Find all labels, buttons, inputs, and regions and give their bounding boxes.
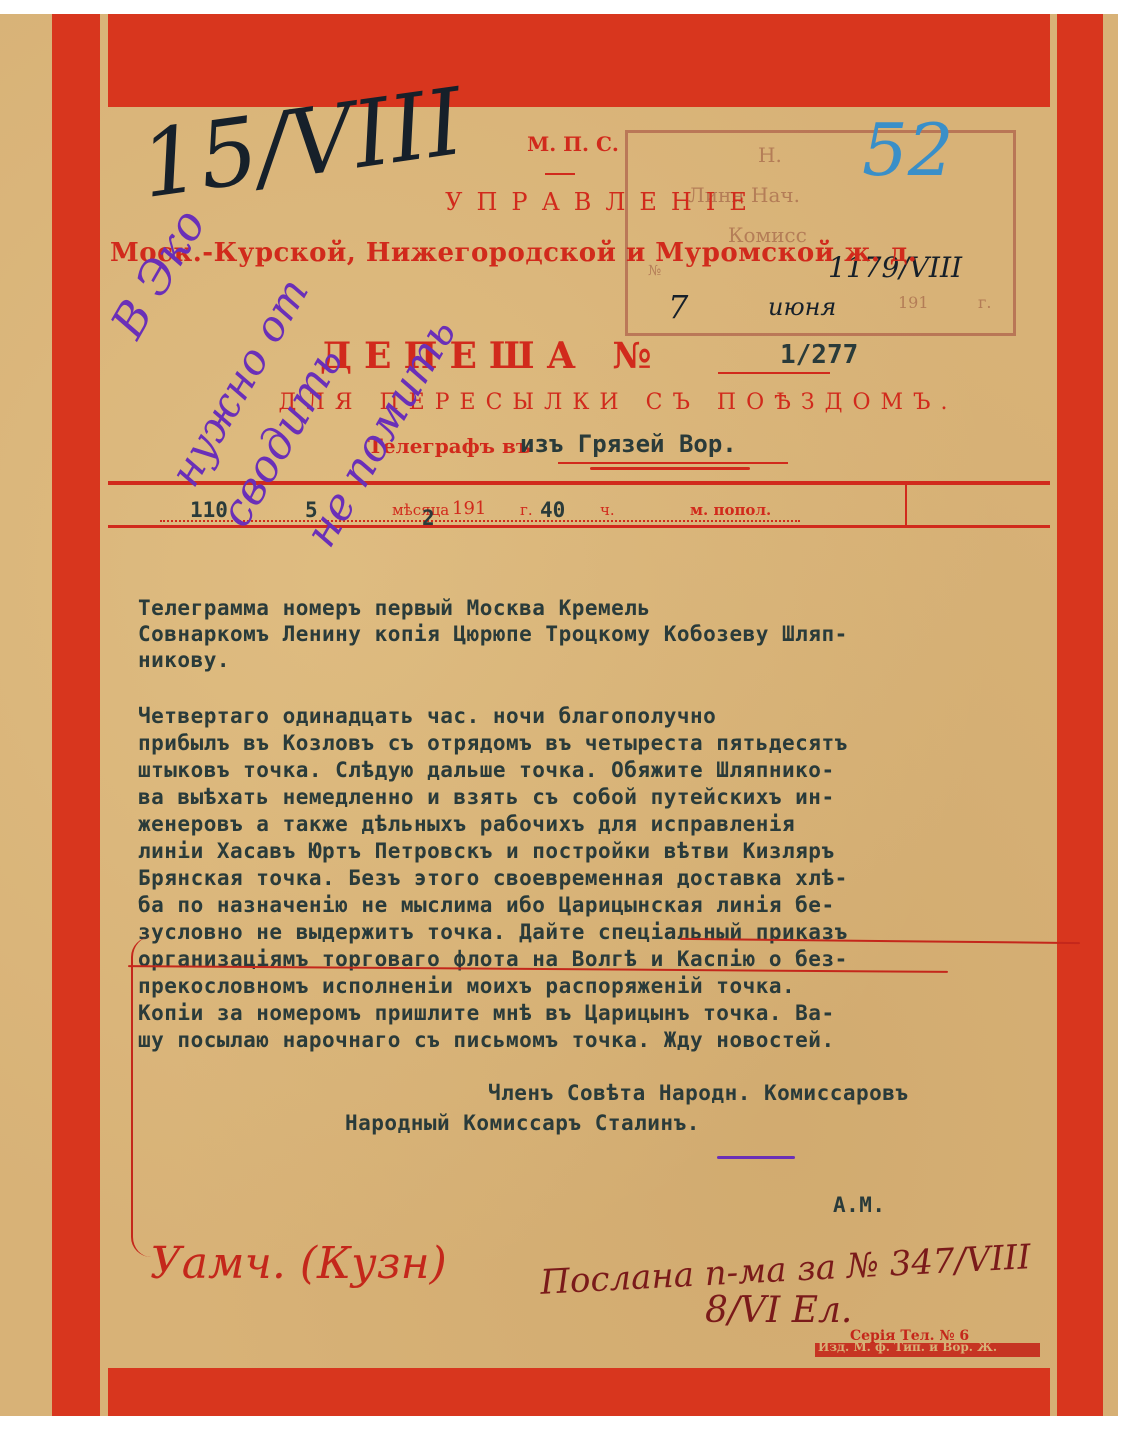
red-margin-bracket <box>131 937 153 1257</box>
body-line: шу посылаю нарочнаго съ письмомъ точка. … <box>138 1028 835 1052</box>
body-line: женеровъ а также дѣльныхъ рабочихъ для и… <box>138 812 795 836</box>
year-label: 191 <box>452 498 486 519</box>
body-line: линіи Хасавъ Юртъ Петровскъ и постройки … <box>138 839 835 863</box>
body-line: штыковъ точка. Слѣдую дальше точка. Обяж… <box>138 758 835 782</box>
printer-imprint: Изд. М. ф. Тип. и Вор. Ж. <box>818 1340 997 1354</box>
red-border-left <box>52 14 100 1416</box>
divider <box>590 467 750 470</box>
hour-label: ч. <box>600 501 615 519</box>
body-line: Копіи за номеромъ пришлите мнѣ въ Царицы… <box>138 1001 835 1025</box>
dispatch-date: 8/VI Ел. <box>705 1290 852 1331</box>
telegraph-station: изъ Грязей Вор. <box>520 430 737 458</box>
divider <box>545 173 575 175</box>
red-border-right <box>1057 14 1103 1416</box>
stamp-line: г. <box>978 293 991 312</box>
month-label: мѣсяца <box>392 501 449 519</box>
body-line: Брянская точка. Безъ этого своевременная… <box>138 866 848 890</box>
form-title: ДЕПЕША № <box>320 335 664 377</box>
divider <box>558 462 788 464</box>
body-line: Четвертаго одинадцать час. ночи благопол… <box>138 704 716 728</box>
body-line: ба по назначенію не мыслима ибо Царицынс… <box>138 893 835 917</box>
header-column-divider <box>905 483 907 527</box>
red-handwritten-note: Уамч. (Кузн) <box>150 1238 447 1289</box>
receipt-stamp: Н. Линн Нач. Комисс № 191 г. 1179/VIII и… <box>625 130 1016 336</box>
body-line: Совнаркомъ Ленину копія Цюрюпе Троцкому … <box>138 622 848 646</box>
month: 2 <box>422 506 435 530</box>
divider <box>718 372 830 374</box>
body-line: ва выѣхать немедленно и взять съ собой п… <box>138 785 835 809</box>
form-number: 1/277 <box>780 340 858 370</box>
body-line: прекословномъ исполненіи моихъ распоряже… <box>138 974 795 998</box>
stamp-handwritten-month: июня <box>768 293 836 321</box>
year-suffix: г. <box>520 501 533 519</box>
handwritten-number-blue: 52 <box>862 108 954 192</box>
red-border-top <box>108 14 1050 107</box>
hour: 40 <box>540 498 565 522</box>
red-border-bottom <box>108 1368 1050 1416</box>
signature-title: Членъ Совѣта Народн. Комиссаровъ <box>488 1081 909 1105</box>
purple-underline <box>717 1156 795 1159</box>
stamp-line: 191 <box>898 293 929 312</box>
body-line: никову. <box>138 648 230 672</box>
body-line: прибылъ въ Козловъ съ отрядомъ въ четыре… <box>138 731 848 755</box>
stamp-handwritten-day: 7 <box>668 288 688 326</box>
form-subtitle: ДЛЯ ПЕРЕСЫЛКИ СЪ ПОѢЗДОМЪ. <box>0 390 1146 415</box>
operator-initials: А.М. <box>833 1193 886 1217</box>
body-line: Телеграмма номеръ первый Москва Кремель <box>138 596 651 620</box>
railway-name: Моск.-Курской, Нижегородской и Муромской… <box>110 238 917 268</box>
signature-name: Народный Комиссаръ Сталинъ. <box>345 1111 700 1135</box>
minute-label: м. попол. <box>690 501 771 519</box>
